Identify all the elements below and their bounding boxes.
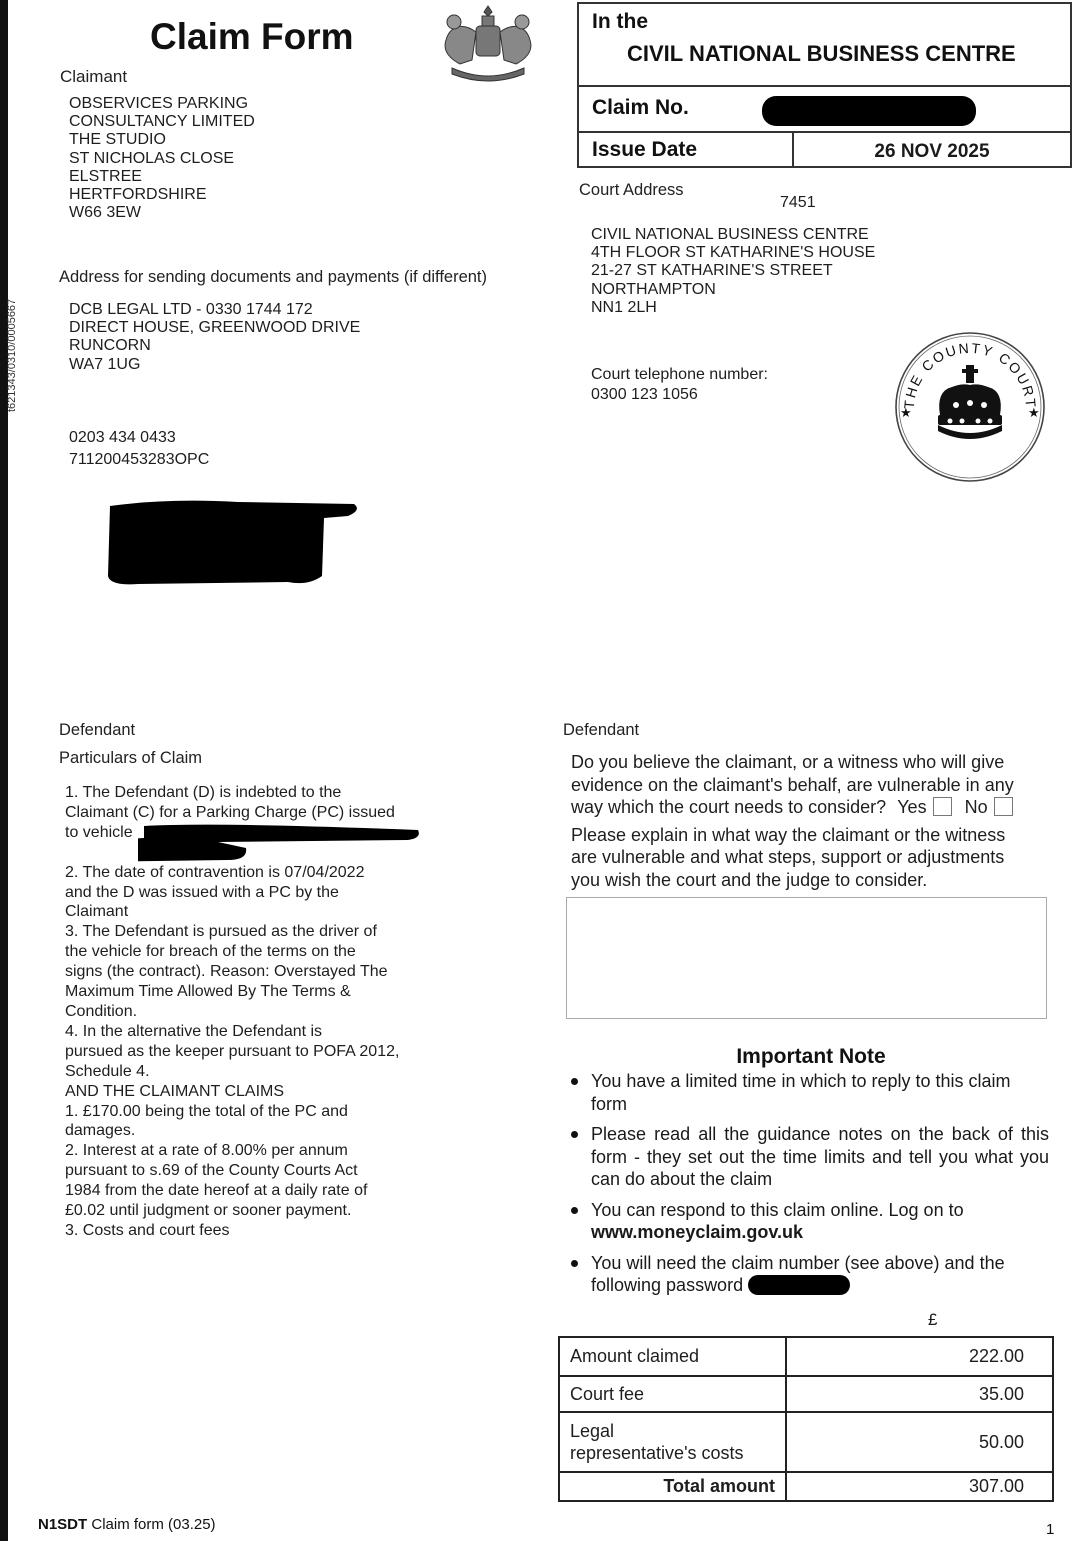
particulars-line: pursued as the keeper pursuant to POFA 2… <box>65 1042 399 1062</box>
court-telephone: 0300 123 1056 <box>591 386 698 404</box>
particulars-line: 2. Interest at a rate of 8.00% per annum <box>65 1141 399 1161</box>
defendant-label: Defendant <box>59 721 135 740</box>
particulars-line: AND THE CLAIMANT CLAIMS <box>65 1082 399 1102</box>
court-header-box: In the CIVIL NATIONAL BUSINESS CENTRE Cl… <box>577 2 1072 168</box>
yes-checkbox[interactable] <box>933 797 952 816</box>
legal-costs-label: Legal representative's costs <box>559 1412 786 1472</box>
vehicle-registration-redaction <box>138 820 420 864</box>
table-row: Legal representative's costs 50.00 <box>559 1412 1053 1472</box>
court-telephone-label: Court telephone number: <box>591 366 768 384</box>
bullet-icon <box>571 1131 578 1138</box>
address-line: HERTFORDSHIRE <box>69 186 255 204</box>
svg-text:★: ★ <box>900 405 912 420</box>
note-item: Please read all the guidance notes on th… <box>569 1123 1049 1191</box>
address-line: 21-27 ST KATHARINE'S STREET <box>591 262 875 280</box>
court-address-label: Court Address <box>579 181 684 200</box>
address-line: 4TH FLOOR ST KATHARINE'S HOUSE <box>591 244 875 262</box>
important-note-list: You have a limited time in which to repl… <box>569 1070 1049 1305</box>
royal-coat-of-arms-icon <box>432 2 544 86</box>
no-checkbox[interactable] <box>994 797 1013 816</box>
service-address-label: Address for sending documents and paymen… <box>59 268 487 287</box>
note-item: You can respond to this claim online. Lo… <box>569 1199 1049 1244</box>
svg-text:★: ★ <box>1028 405 1040 420</box>
address-line: THE STUDIO <box>69 131 255 149</box>
defendant-address-redaction <box>108 496 360 586</box>
particulars-line: Condition. <box>65 1002 399 1022</box>
service-phone: 0203 434 0433 <box>69 429 176 447</box>
no-label: No <box>965 797 988 817</box>
legal-costs-value: 50.00 <box>786 1412 1053 1472</box>
form-title: Claim Form <box>150 16 354 58</box>
table-row: Total amount 307.00 <box>559 1472 1053 1501</box>
totals-table: Amount claimed 222.00 Court fee 35.00 Le… <box>558 1336 1054 1502</box>
vulnerability-explanation-field[interactable] <box>566 897 1047 1019</box>
amount-claimed-label: Amount claimed <box>559 1337 786 1376</box>
side-reference-code: t621343/0310/0005667 <box>4 290 20 420</box>
note-item: You have a limited time in which to repl… <box>569 1070 1049 1115</box>
bullet-icon <box>571 1207 578 1214</box>
total-amount-value: 307.00 <box>786 1472 1053 1501</box>
address-line: ST NICHOLAS CLOSE <box>69 150 255 168</box>
particulars-line: damages. <box>65 1121 399 1141</box>
claim-number-redacted <box>762 96 976 126</box>
address-line: DIRECT HOUSE, GREENWOOD DRIVE <box>69 319 360 337</box>
table-row: Court fee 35.00 <box>559 1376 1053 1412</box>
bullet-icon <box>571 1078 578 1085</box>
particulars-label: Particulars of Claim <box>59 749 202 768</box>
particulars-line: 3. Costs and court fees <box>65 1221 399 1241</box>
vulnerability-explain-line: you wish the court and the judge to cons… <box>571 869 1061 892</box>
issue-date-label: Issue Date <box>592 138 697 162</box>
defendant-label-right: Defendant <box>563 721 639 740</box>
court-fee-label: Court fee <box>559 1376 786 1412</box>
particulars-line: and the D was issued with a PC by the <box>65 883 399 903</box>
bullet-icon <box>571 1260 578 1267</box>
address-line: NORTHAMPTON <box>591 281 875 299</box>
address-line: CONSULTANCY LIMITED <box>69 113 255 131</box>
password-redacted <box>748 1275 850 1295</box>
court-address: CIVIL NATIONAL BUSINESS CENTRE4TH FLOOR … <box>591 226 875 317</box>
service-address: DCB LEGAL LTD - 0330 1744 172DIRECT HOUS… <box>69 301 360 374</box>
particulars-line: 1. £170.00 being the total of the PC and <box>65 1102 399 1122</box>
form-footer: N1SDT Claim form (03.25) <box>38 1516 216 1533</box>
particulars-line: 3. The Defendant is pursued as the drive… <box>65 922 399 942</box>
scan-edge <box>0 0 8 1541</box>
vulnerability-explain-line: Please explain in what way the claimant … <box>571 824 1061 847</box>
vulnerability-question: Do you believe the claimant, or a witnes… <box>571 751 1061 891</box>
address-line: DCB LEGAL LTD - 0330 1744 172 <box>69 301 360 319</box>
court-code: 7451 <box>780 194 816 212</box>
page-number: 1 <box>1046 1521 1054 1538</box>
claimant-label: Claimant <box>60 67 127 87</box>
address-line: W66 3EW <box>69 204 255 222</box>
address-line: CIVIL NATIONAL BUSINESS CENTRE <box>591 226 875 244</box>
note-item: You will need the claim number (see abov… <box>569 1252 1049 1297</box>
address-line: WA7 1UG <box>69 356 360 374</box>
moneyclaim-link[interactable]: www.moneyclaim.gov.uk <box>591 1222 803 1242</box>
court-fee-value: 35.00 <box>786 1376 1053 1412</box>
address-line: RUNCORN <box>69 337 360 355</box>
issue-date-value: 26 NOV 2025 <box>794 141 1070 163</box>
address-line: OBSERVICES PARKING <box>69 95 255 113</box>
particulars-line: signs (the contract). Reason: Overstayed… <box>65 962 399 982</box>
form-name: Claim form (03.25) <box>91 1516 215 1533</box>
address-line: NN1 2LH <box>591 299 875 317</box>
court-name: CIVIL NATIONAL BUSINESS CENTRE <box>627 41 1016 67</box>
particulars-line: Schedule 4. <box>65 1062 399 1082</box>
county-court-seal-icon: THE COUNTY COURT ★ ★ <box>892 325 1048 485</box>
vulnerability-explain-line: are vulnerable and what steps, support o… <box>571 846 1061 869</box>
particulars-line: the vehicle for breach of the terms on t… <box>65 942 399 962</box>
vulnerability-question-line: way which the court needs to consider? <box>571 797 886 817</box>
claimant-address: OBSERVICES PARKINGCONSULTANCY LIMITEDTHE… <box>69 95 255 222</box>
total-amount-label: Total amount <box>559 1472 786 1501</box>
in-the-label: In the <box>592 10 648 34</box>
particulars-line: Claimant <box>65 902 399 922</box>
table-row: Amount claimed 222.00 <box>559 1337 1053 1376</box>
vulnerability-question-line: evidence on the claimant's behalf, are v… <box>571 774 1061 797</box>
particulars-line: 1. The Defendant (D) is indebted to the <box>65 783 399 803</box>
particulars-line: 1984 from the date hereof at a daily rat… <box>65 1181 399 1201</box>
currency-symbol: £ <box>928 1310 937 1330</box>
claim-no-label: Claim No. <box>592 96 689 120</box>
particulars-line: 2. The date of contravention is 07/04/20… <box>65 863 399 883</box>
form-code: N1SDT <box>38 1516 87 1533</box>
particulars-line: £0.02 until judgment or sooner payment. <box>65 1201 399 1221</box>
particulars-line: Maximum Time Allowed By The Terms & <box>65 982 399 1002</box>
vulnerability-question-line: Do you believe the claimant, or a witnes… <box>571 751 1061 774</box>
particulars-line: 4. In the alternative the Defendant is <box>65 1022 399 1042</box>
particulars-line: pursuant to s.69 of the County Courts Ac… <box>65 1161 399 1181</box>
yes-label: Yes <box>897 797 926 817</box>
address-line: ELSTREE <box>69 168 255 186</box>
amount-claimed-value: 222.00 <box>786 1337 1053 1376</box>
claimant-reference: 711200453283OPC <box>69 451 209 469</box>
important-note-title: Important Note <box>566 1045 1056 1069</box>
